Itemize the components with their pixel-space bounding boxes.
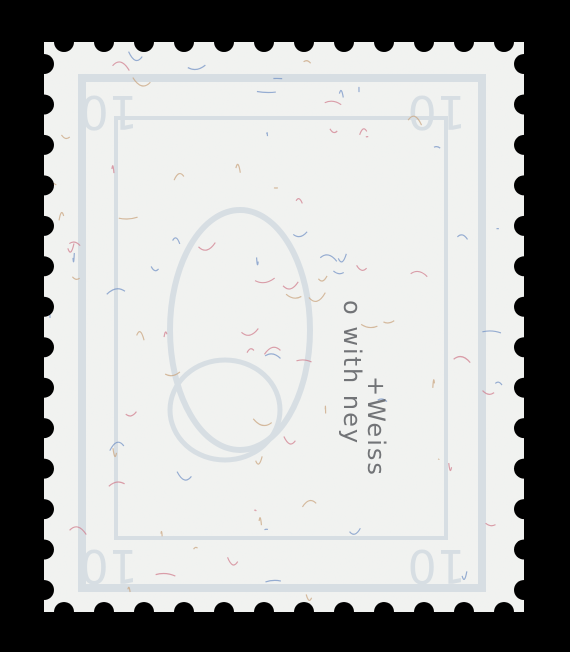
svg-text:10: 10	[79, 539, 138, 593]
stamp-back: 10 10 10 10	[0, 0, 570, 652]
svg-text:10: 10	[407, 85, 466, 139]
pencil-inscription-2: o with ney	[338, 300, 366, 445]
svg-text:10: 10	[79, 85, 138, 139]
pencil-inscription-1: +Weiss	[362, 376, 390, 477]
svg-text:10: 10	[407, 539, 466, 593]
